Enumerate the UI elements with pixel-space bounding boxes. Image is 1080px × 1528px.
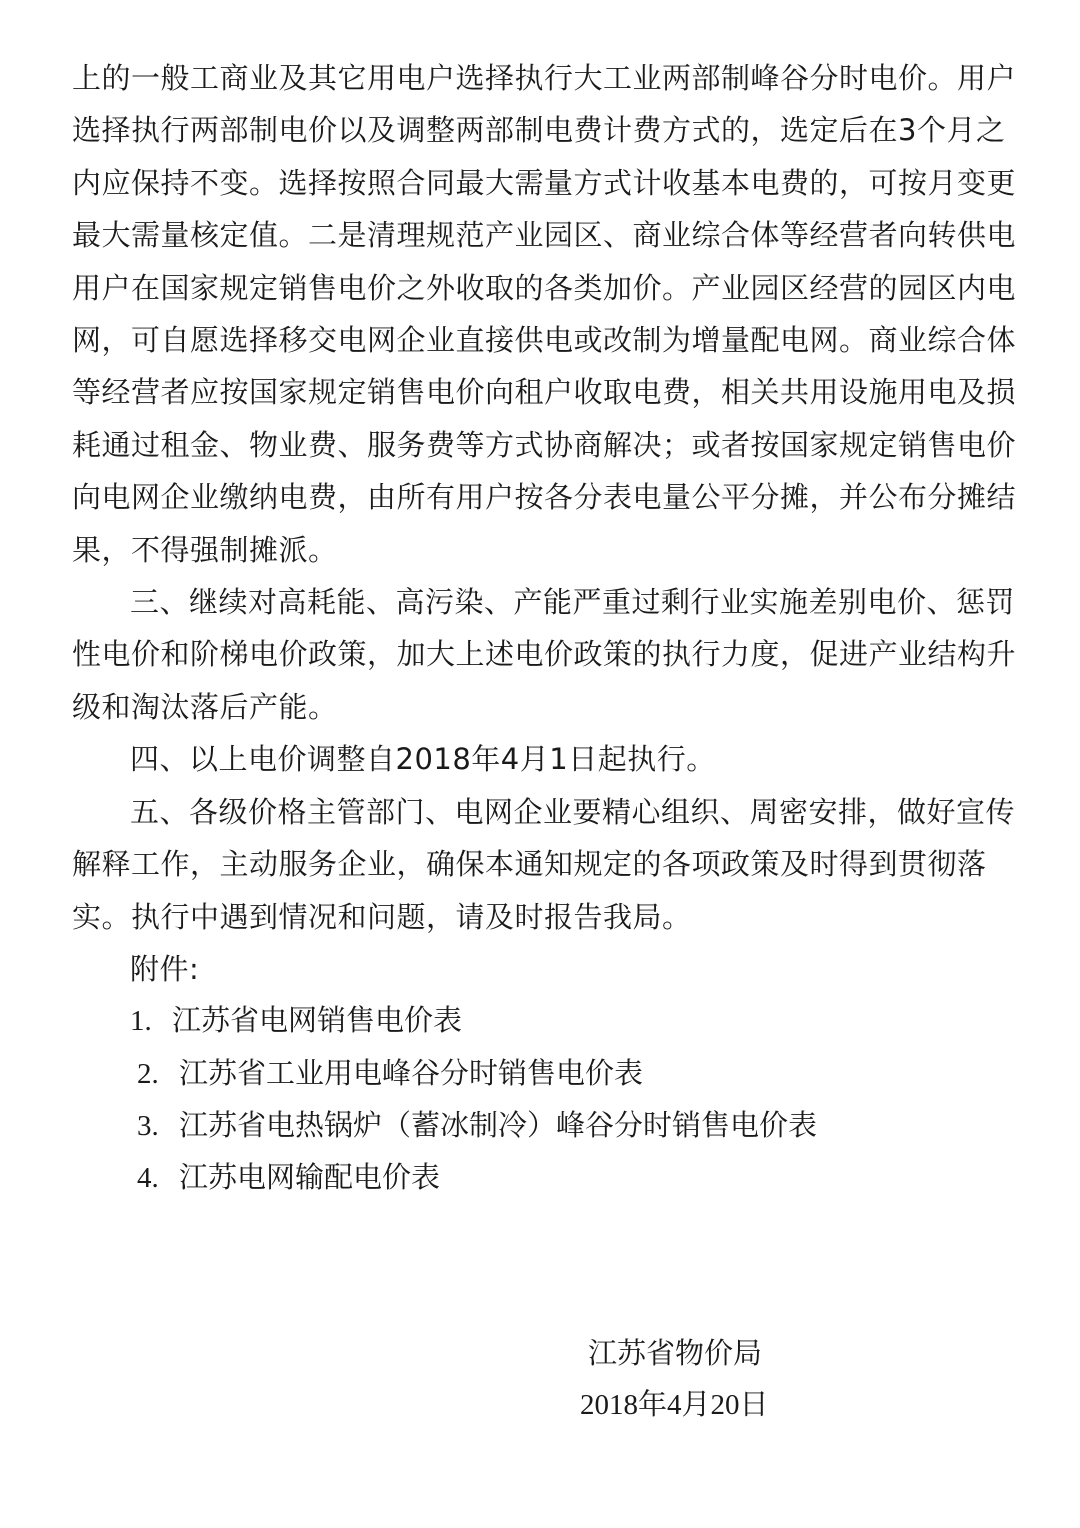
attachment-title: 江苏省电热锅炉（蓄冰制冷）峰谷分时销售电价表 <box>179 1108 817 1142</box>
body-line: 内应保持不变。选择按照合同最大需量方式计收基本电费的，可按月变更 <box>72 163 1016 203</box>
section-five-line: 解释工作，主动服务企业，确保本通知规定的各项政策及时得到贯彻落 <box>72 844 987 884</box>
section-four-line: 四、以上电价调整自2018年4月1日起执行。 <box>130 739 716 779</box>
body-line: 选择执行两部制电价以及调整两部制电费计费方式的，选定后在3个月之 <box>72 110 1005 150</box>
attachment-title: 江苏电网输配电价表 <box>179 1160 440 1194</box>
section-five-line: 五、各级价格主管部门、电网企业要精心组织、周密安排，做好宣传 <box>130 792 1015 832</box>
body-line: 上的一般工商业及其它用电户选择执行大工业两部制峰谷分时电价。用户 <box>72 58 1016 98</box>
body-line: 网，可自愿选择移交电网企业直接供电或改制为增量配电网。商业综合体 <box>72 320 1016 360</box>
body-line: 向电网企业缴纳电费，由所有用户按各分表电量公平分摊，并公布分摊结 <box>72 477 1016 517</box>
attachment-number: 1. <box>130 1001 172 1041</box>
issuer-name: 江苏省物价局 <box>588 1333 762 1373</box>
attachment-title: 江苏省工业用电峰谷分时销售电价表 <box>179 1056 643 1090</box>
body-line: 最大需量核定值。二是清理规范产业园区、商业综合体等经营者向转供电 <box>72 215 1016 255</box>
body-line: 用户在国家规定销售电价之外收取的各类加价。产业园区经营的园区内电 <box>72 268 1016 308</box>
body-line: 果，不得强制摊派。 <box>72 530 338 570</box>
section-three-line: 三、继续对高耗能、高污染、产能严重过剩行业实施差别电价、惩罚 <box>130 582 1015 622</box>
attachment-title: 江苏省电网销售电价表 <box>172 1003 462 1037</box>
attachment-number: 3. <box>137 1106 179 1146</box>
body-line: 等经营者应按国家规定销售电价向租户收取电费，相关共用设施用电及损 <box>72 372 1016 412</box>
attachment-item: 1.江苏省电网销售电价表 <box>130 1000 462 1041</box>
section-five-line: 实。执行中遇到情况和问题，请及时报告我局。 <box>72 897 692 937</box>
section-three-line: 性电价和阶梯电价政策，加大上述电价政策的执行力度，促进产业结构升 <box>72 634 1016 674</box>
attachment-item: 2.江苏省工业用电峰谷分时销售电价表 <box>137 1053 643 1094</box>
section-three-line: 级和淘汰落后产能。 <box>72 687 338 727</box>
attachment-number: 2. <box>137 1054 179 1094</box>
body-line: 耗通过租金、物业费、服务费等方式协商解决；或者按国家规定销售电价 <box>72 425 1016 465</box>
issue-date: 2018年4月20日 <box>580 1385 769 1425</box>
attachment-item: 3.江苏省电热锅炉（蓄冰制冷）峰谷分时销售电价表 <box>137 1105 817 1146</box>
attachment-item: 4.江苏电网输配电价表 <box>137 1157 440 1198</box>
attachment-number: 4. <box>137 1158 179 1198</box>
attachments-label: 附件: <box>130 949 199 989</box>
